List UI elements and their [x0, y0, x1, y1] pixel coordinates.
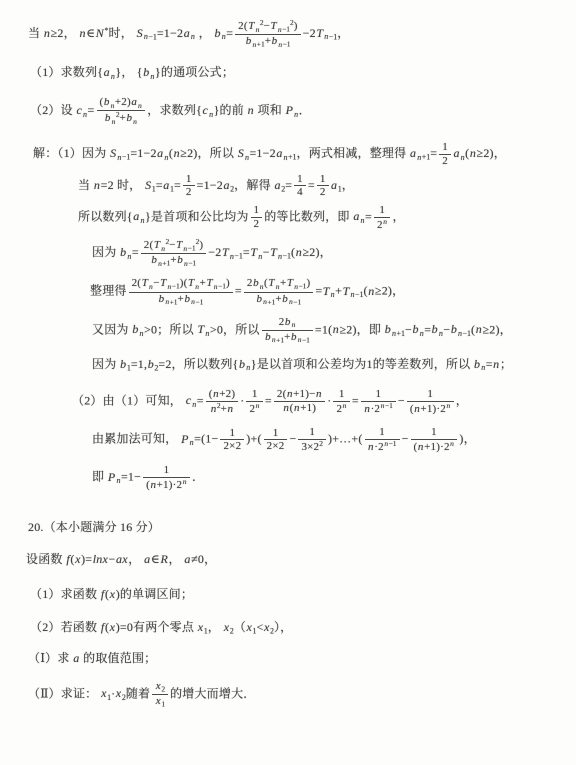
line-solution-part2-cn: （2）由（1）可知， cn=(n+2)n2+n·12n=2(n+1)−nn(n+… — [72, 387, 562, 416]
line-question20-part1: （1）求函数 f(x)的单调区间； — [30, 587, 562, 603]
line-question20-part2: （2）若函数 f(x)=0有两个零点 x1， x2（x1<x2）， — [30, 620, 562, 637]
line-given-conditions: 当 n≥2， n∈N*时， Sn−1=1−2an ， bn=2(Tn2−Tn−1… — [28, 18, 562, 50]
line-solution-pn-result: 即 Pn=1−1(n+1)·2n． — [92, 463, 562, 492]
line-question20-setup: 设函数 f(x)=lnx−ax， a∈R， a≠0， — [26, 552, 562, 568]
line-question-part2: （2）设 cn=(bn+2)anbn2+bn，求数列{cn}的前 n 项和 Pn… — [30, 95, 562, 127]
line-solution-telescoping: 由累加法可知， Pn=(1−12×2)+(12×2−13×22)+…+(1n·2… — [92, 425, 562, 454]
line-solution-positivity: 又因为 bn>0；所以 Tn>0，所以2bnbn+1+bn−1=1(n≥2)，即… — [92, 315, 562, 346]
line-question-part1: （1）求数列{an}， {bn}的通项公式； — [30, 65, 562, 82]
line-solution-intro: 解：（1）因为 Sn−1=1−2an(n≥2)，所以 Sn=1−2an+1，两式… — [33, 140, 562, 168]
line-question20-header: 20.（本小题满分 16 分） — [28, 520, 562, 536]
line-solution-n-equals-2: 当 n=2 时， S1=a1=12=1−2a2，解得 a2=14=12a1， — [78, 172, 562, 200]
line-solution-geometric: 所以数列{an}是首项和公比均为12的等比数列，即 an=12n， — [78, 203, 562, 232]
line-solution-bn-formula: 因为 bn=2(Tn2−Tn−12)bn+1+bn−1−2Tn−1=Tn−Tn−… — [92, 237, 562, 269]
line-solution-arithmetic: 因为 b1=1,b2=2，所以数列{bn}是以首项和公差均为1的等差数列，所以 … — [92, 357, 562, 374]
line-solution-simplify: 整理得2(Tn−Tn−1)(Tn+Tn−1)bn+1+bn−1=2bn(Tn+T… — [90, 276, 562, 307]
scanned-math-document: { "document": { "text_color": "#414141",… — [0, 0, 576, 765]
line-question20-part2-i: （Ⅰ）求 a 的取值范围； — [28, 651, 562, 667]
line-question20-part2-ii: （Ⅱ）求证： x1·x2随着x2x1的增大而增大． — [28, 679, 562, 710]
document-page: 当 n≥2， n∈N*时， Sn−1=1−2an ， bn=2(Tn2−Tn−1… — [0, 0, 576, 765]
